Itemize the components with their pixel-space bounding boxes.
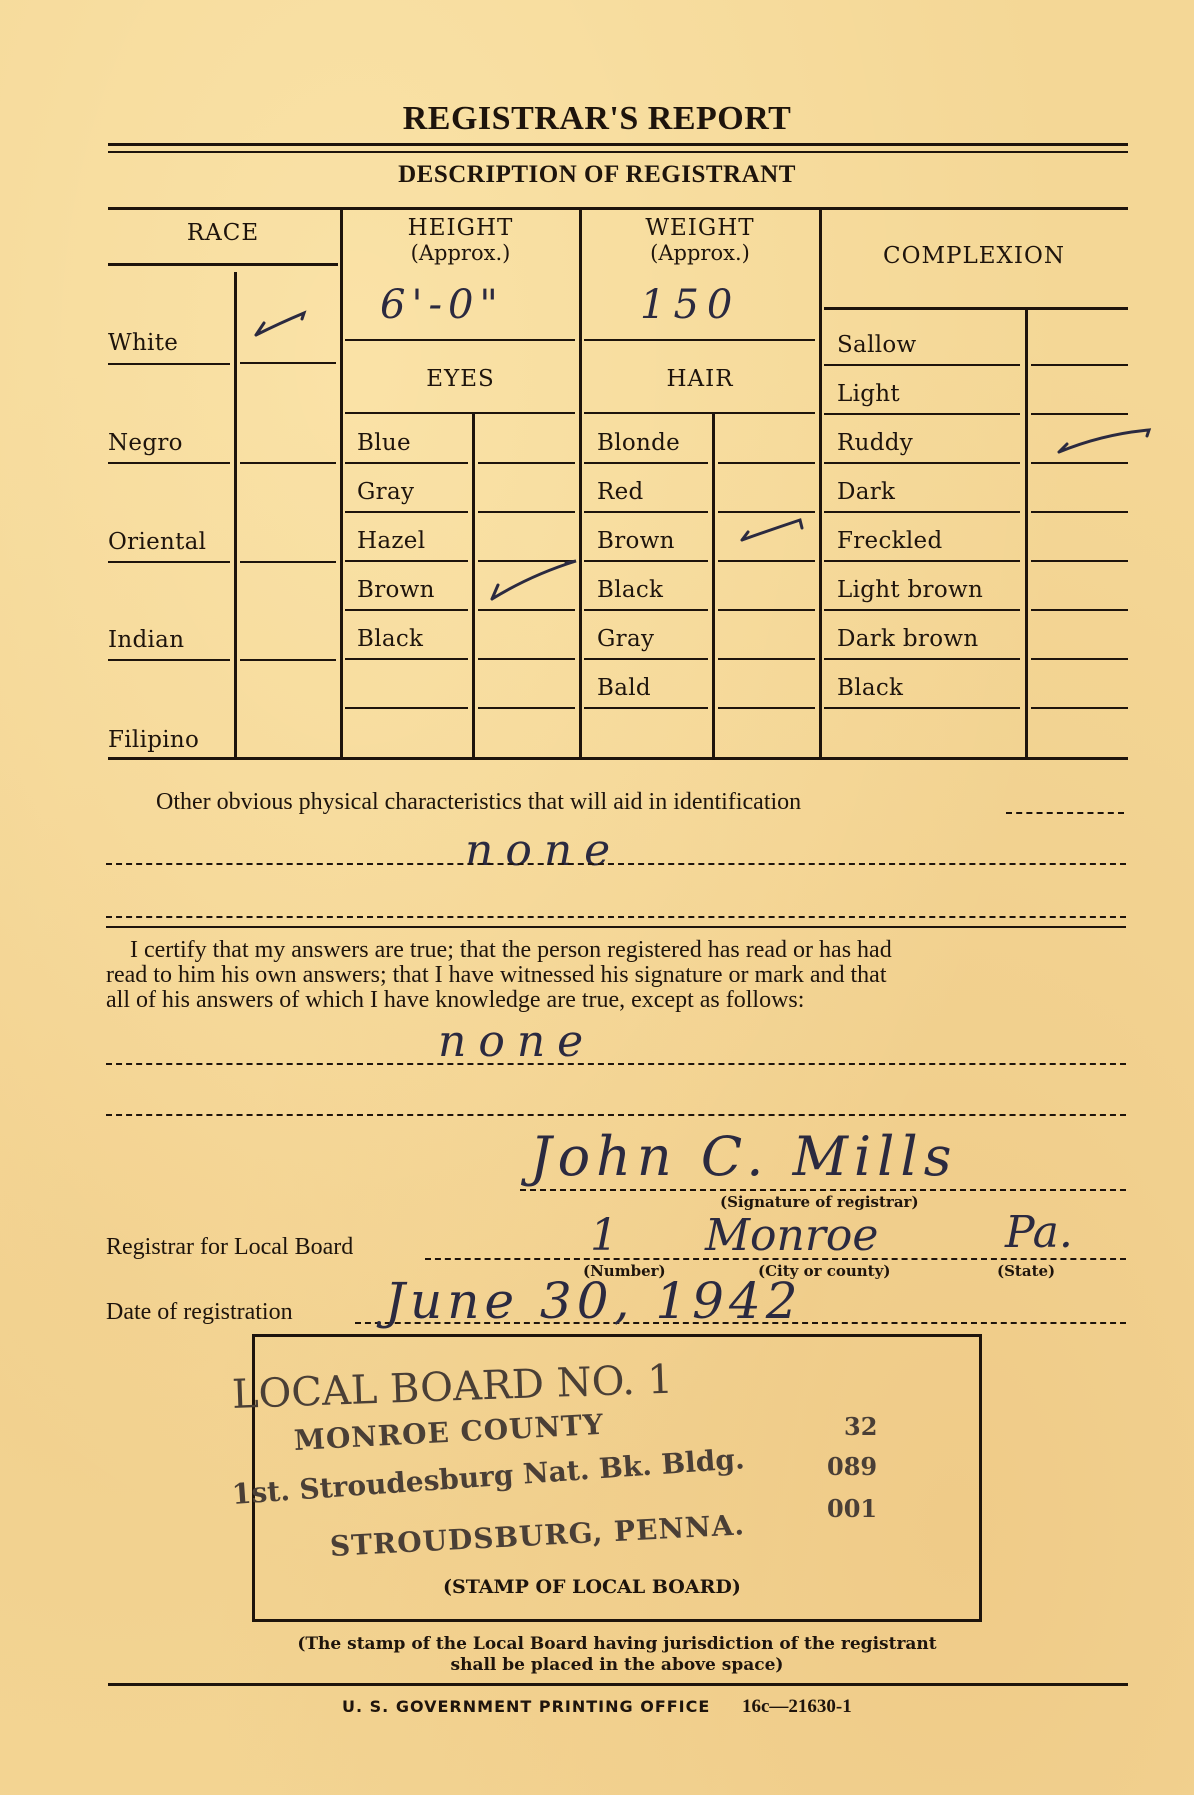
weight-header-label: WEIGHT	[581, 216, 819, 241]
other-characteristics-label: Other obvious physical characteristics t…	[156, 790, 801, 815]
local-board-number[interactable]: 1	[590, 1210, 618, 1261]
race-header-rule	[108, 263, 338, 266]
complexion-option-dark-brown: Dark brown	[837, 626, 978, 652]
registrar-signature[interactable]: John C. Mills	[530, 1125, 957, 1188]
complexion-option-light-brown: Light brown	[837, 577, 983, 603]
stamp-code-2: 089	[827, 1452, 877, 1481]
hair-option-red: Red	[597, 479, 644, 505]
other-characteristics-value[interactable]: none	[465, 825, 622, 876]
complexion-header-rule	[824, 307, 1128, 310]
certification-line-3: all of his answers of which I have knowl…	[106, 988, 1128, 1013]
eyes-check-divider	[472, 414, 475, 759]
race-header: RACE	[108, 221, 338, 246]
height-value-rule	[345, 339, 575, 341]
height-header-approx: (Approx.)	[342, 241, 579, 266]
registration-date-value[interactable]: June 30, 1942	[385, 1272, 803, 1330]
hair-option-blonde: Blonde	[597, 430, 680, 456]
table-bottom-rule	[108, 757, 1128, 760]
hair-option-bald: Bald	[597, 675, 651, 701]
hair-check-divider	[712, 414, 715, 759]
complexion-option-freckled: Freckled	[837, 528, 942, 554]
printer-credit: U. S. GOVERNMENT PRINTING OFFICE	[342, 1697, 710, 1716]
height-weight-divider	[579, 209, 582, 759]
height-header: HEIGHT (Approx.)	[342, 216, 579, 266]
complexion-option-black: Black	[837, 675, 903, 701]
footer-rule	[108, 1683, 1128, 1686]
weight-complexion-divider	[819, 209, 822, 759]
eyes-brown-checkmark-icon[interactable]	[486, 555, 581, 605]
complexion-header: COMPLEXION	[821, 244, 1127, 269]
section-rule	[106, 926, 1126, 928]
complexion-option-ruddy: Ruddy	[837, 430, 913, 456]
eyes-header: EYES	[342, 367, 579, 392]
other-characteristics-line-1	[106, 863, 1126, 865]
hair-header-rule	[584, 412, 815, 414]
certification-text: I certify that my answers are true; that…	[106, 938, 1128, 1013]
stamp-note-line-2: shall be placed in the above space)	[252, 1655, 982, 1676]
race-row-rule	[240, 462, 336, 464]
complexion-option-sallow: Sallow	[837, 332, 917, 358]
height-value[interactable]: 6'-0"	[380, 282, 504, 328]
race-row-rule	[108, 462, 230, 464]
title-rule-top	[108, 143, 1128, 146]
race-row-rule	[108, 659, 230, 661]
race-row-rule	[240, 659, 336, 661]
race-row-rule	[108, 363, 230, 365]
other-characteristics-line-2	[106, 916, 1126, 918]
certification-line-2: read to him his own answers; that I have…	[106, 963, 1128, 988]
local-board-label: Registrar for Local Board	[106, 1235, 353, 1260]
complexion-check-divider	[1025, 309, 1028, 759]
eyes-option-brown: Brown	[357, 577, 435, 603]
certification-line-b	[106, 1114, 1126, 1116]
state-caption: (State)	[997, 1262, 1055, 1280]
race-row-rule	[240, 561, 336, 563]
weight-header: WEIGHT (Approx.)	[581, 216, 819, 266]
stamp-note-line-1: (The stamp of the Local Board having jur…	[252, 1634, 982, 1655]
race-option-negro: Negro	[108, 430, 183, 456]
complexion-ruddy-checkmark-icon[interactable]	[1055, 424, 1155, 458]
hair-header: HAIR	[581, 367, 819, 392]
hair-brown-checkmark-icon[interactable]	[738, 514, 808, 548]
race-row-rule	[240, 362, 336, 364]
stamp-code-3: 001	[827, 1494, 877, 1523]
form-title: REGISTRAR'S REPORT	[0, 100, 1194, 138]
hair-option-gray: Gray	[597, 626, 654, 652]
weight-header-approx: (Approx.)	[581, 241, 819, 266]
race-height-divider	[340, 209, 343, 759]
certification-line-1: I certify that my answers are true; that…	[106, 938, 1128, 963]
complexion-option-light: Light	[837, 381, 900, 407]
table-top-rule	[108, 207, 1128, 210]
height-header-label: HEIGHT	[342, 216, 579, 241]
title-rule-bottom	[108, 151, 1128, 153]
section-title: DESCRIPTION OF REGISTRANT	[0, 161, 1194, 189]
certification-exceptions-value[interactable]: none	[438, 1016, 595, 1067]
eyes-option-gray: Gray	[357, 479, 414, 505]
signature-caption: (Signature of registrar)	[720, 1193, 919, 1211]
certification-line-a	[106, 1063, 1126, 1065]
signature-line	[520, 1189, 1126, 1191]
race-option-oriental: Oriental	[108, 529, 206, 555]
race-option-white: White	[108, 330, 178, 356]
local-board-state[interactable]: Pa.	[1005, 1207, 1073, 1258]
registration-date-label: Date of registration	[106, 1300, 293, 1325]
eyes-header-rule	[345, 412, 575, 414]
race-check-divider	[234, 272, 237, 759]
local-board-city[interactable]: Monroe	[705, 1210, 878, 1261]
race-option-indian: Indian	[108, 627, 184, 653]
race-row-rule	[108, 561, 230, 563]
hair-option-brown: Brown	[597, 528, 675, 554]
stamp-caption: (STAMP OF LOCAL BOARD)	[443, 1576, 741, 1598]
race-white-checkmark-icon[interactable]	[252, 305, 312, 341]
race-option-filipino: Filipino	[108, 727, 199, 753]
other-characteristics-leader	[1006, 812, 1124, 814]
weight-value-rule	[584, 339, 815, 341]
complexion-option-dark: Dark	[837, 479, 895, 505]
eyes-option-blue: Blue	[357, 430, 411, 456]
hair-option-black: Black	[597, 577, 663, 603]
eyes-option-hazel: Hazel	[357, 528, 425, 554]
eyes-option-black: Black	[357, 626, 423, 652]
stamp-code-1: 32	[844, 1412, 877, 1441]
stamp-note: (The stamp of the Local Board having jur…	[252, 1634, 982, 1676]
form-number: 16c—21630-1	[742, 1696, 852, 1718]
weight-value[interactable]: 150	[640, 282, 740, 328]
